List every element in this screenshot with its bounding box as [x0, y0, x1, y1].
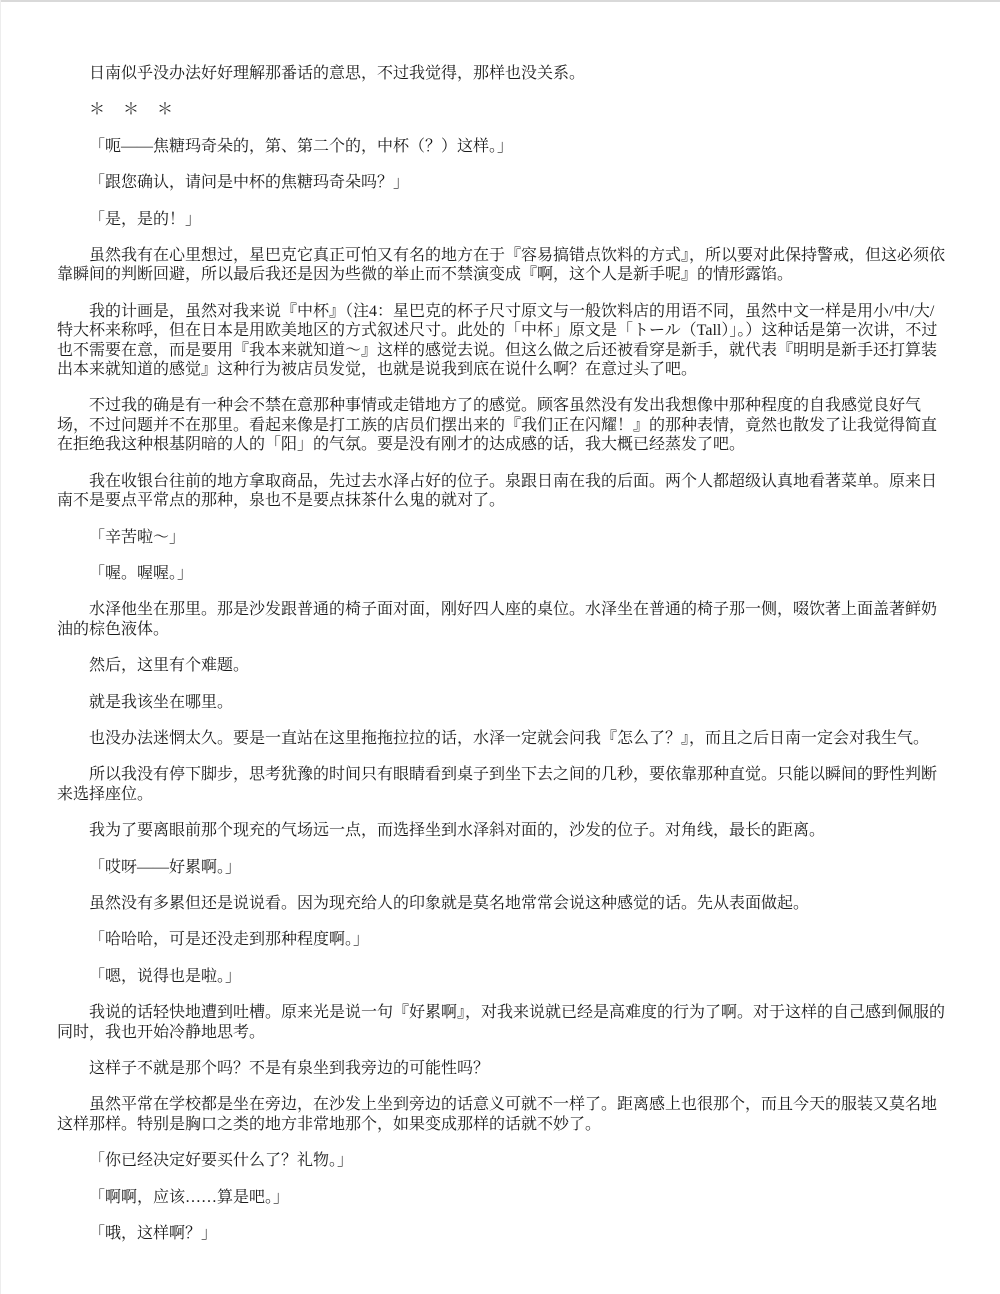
narration-paragraph: 然后，这里有个难题。 [57, 656, 945, 675]
narration-paragraph: 日南似乎没办法好好理解那番话的意思，不过我觉得，那样也没关系。 [57, 64, 945, 83]
narration-paragraph: 这样子不就是那个吗？不是有泉坐到我旁边的可能性吗？ [57, 1059, 945, 1078]
narration-paragraph: 我在收银台往前的地方拿取商品，先过去水泽占好的位子。泉跟日南在我的后面。两个人都… [57, 472, 945, 511]
narration-paragraph: 也没办法迷惘太久。要是一直站在这里拖拖拉拉的话，水泽一定就会问我『怎么了？』，而… [57, 729, 945, 748]
dialogue-paragraph: 「哎呀——好累啊。」 [57, 858, 945, 877]
narration-paragraph: 所以我没有停下脚步，思考犹豫的时间只有眼睛看到桌子到坐下去之间的几秒，要依靠那种… [57, 765, 945, 804]
document-page: 日南似乎没办法好好理解那番话的意思，不过我觉得，那样也没关系。＊ ＊ ＊「呃——… [0, 0, 1000, 1294]
narration-paragraph: 水泽他坐在那里。那是沙发跟普通的椅子面对面，刚好四人座的桌位。水泽坐在普通的椅子… [57, 600, 945, 639]
dialogue-paragraph: 「是，是的！」 [57, 210, 945, 229]
dialogue-paragraph: 「辛苦啦～」 [57, 528, 945, 547]
narration-paragraph: 我说的话轻快地遭到吐槽。原来光是说一句『好累啊』，对我来说就已经是高难度的行为了… [57, 1003, 945, 1042]
narration-paragraph: 我的计画是，虽然对我来说『中杯』（注4：星巴克的杯子尺寸原文与一般饮料店的用语不… [57, 302, 945, 380]
scan-edge-left [0, 0, 1, 1294]
dialogue-paragraph: 「跟您确认，请问是中杯的焦糖玛奇朵吗？」 [57, 173, 945, 192]
narration-paragraph: 虽然平常在学校都是坐在旁边，在沙发上坐到旁边的话意义可就不一样了。距离感上也很那… [57, 1095, 945, 1134]
narration-paragraph: 我为了要离眼前那个现充的气场远一点，而选择坐到水泽斜对面的，沙发的位子。对角线，… [57, 821, 945, 840]
dialogue-paragraph: 「啊啊，应该……算是吧。」 [57, 1188, 945, 1207]
narration-paragraph: 虽然我有在心里想过，星巴克它真正可怕又有名的地方在于『容易搞错点饮料的方式』，所… [57, 246, 945, 285]
page-text-content: 日南似乎没办法好好理解那番话的意思，不过我觉得，那样也没关系。＊ ＊ ＊「呃——… [57, 64, 945, 1260]
narration-paragraph: 就是我该坐在哪里。 [57, 693, 945, 712]
dialogue-paragraph: 「喔。喔喔。」 [57, 564, 945, 583]
dialogue-paragraph: 「哦，这样啊？」 [57, 1224, 945, 1243]
dialogue-paragraph: 「嗯，说得也是啦。」 [57, 967, 945, 986]
dialogue-paragraph: 「呃——焦糖玛奇朵的，第、第二个的，中杯（？）这样。」 [57, 137, 945, 156]
narration-paragraph: 虽然没有多累但还是说说看。因为现充给人的印象就是莫名地常常会说这种感觉的话。先从… [57, 894, 945, 913]
dialogue-paragraph: 「你已经决定好要买什么了？礼物。」 [57, 1151, 945, 1170]
dialogue-paragraph: 「哈哈哈，可是还没走到那种程度啊。」 [57, 930, 945, 949]
scene-break-separator: ＊ ＊ ＊ [57, 100, 945, 119]
narration-paragraph: 不过我的确是有一种会不禁在意那种事情或走错地方了的感觉。顾客虽然没有发出我想像中… [57, 396, 945, 454]
scan-edge-top [0, 0, 1000, 2]
